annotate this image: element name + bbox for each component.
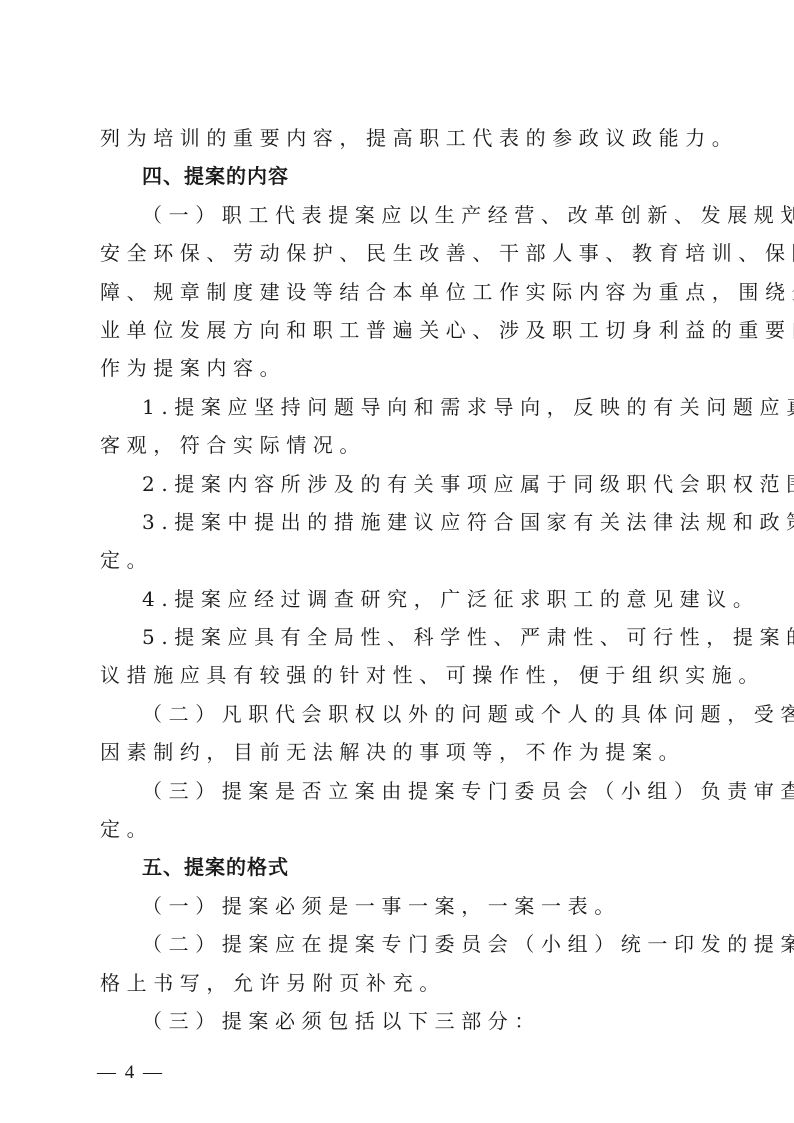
paragraph-line: （三）提案必须包括以下三部分： (100, 1002, 702, 1040)
page-number: — 4 — (97, 1062, 164, 1084)
paragraph-line: 定。 (100, 810, 702, 848)
list-item-5: 5.提案应具有全局性、科学性、严肃性、可行性，提案的建 (100, 618, 702, 656)
paragraph-line: 客观，符合实际情况。 (100, 426, 702, 464)
paragraph-line: 安全环保、劳动保护、民生改善、干部人事、教育培训、保险保 (100, 234, 702, 272)
paragraph-line: 格上书写，允许另附页补充。 (100, 964, 702, 1002)
paragraph-line: 列为培训的重要内容，提高职工代表的参政议政能力。 (100, 119, 702, 157)
paragraph-line: 作为提案内容。 (100, 349, 702, 387)
paragraph-line: （一）提案必须是一事一案，一案一表。 (100, 887, 702, 925)
section-heading-content: 四、提案的内容 (100, 157, 702, 195)
paragraph-line: 定。 (100, 541, 702, 579)
list-item-2: 2.提案内容所涉及的有关事项应属于同级职代会职权范围。 (100, 465, 702, 503)
paragraph-line: 障、规章制度建设等结合本单位工作实际内容为重点，围绕企事 (100, 273, 702, 311)
paragraph-line: （二）凡职代会职权以外的问题或个人的具体问题，受客观 (100, 695, 702, 733)
paragraph-line: 议措施应具有较强的针对性、可操作性，便于组织实施。 (100, 656, 702, 694)
list-item-4: 4.提案应经过调查研究，广泛征求职工的意见建议。 (100, 580, 702, 618)
document-body: 列为培训的重要内容，提高职工代表的参政议政能力。 四、提案的内容 （一）职工代表… (100, 119, 702, 1040)
paragraph-line: （一）职工代表提案应以生产经营、改革创新、发展规划、 (100, 196, 702, 234)
section-heading-format: 五、提案的格式 (100, 848, 702, 886)
paragraph-line: 业单位发展方向和职工普遍关心、涉及职工切身利益的重要问题 (100, 311, 702, 349)
paragraph-line: （二）提案应在提案专门委员会（小组）统一印发的提案表 (100, 925, 702, 963)
paragraph-line: 因素制约，目前无法解决的事项等，不作为提案。 (100, 733, 702, 771)
paragraph-line: （三）提案是否立案由提案专门委员会（小组）负责审查认 (100, 772, 702, 810)
list-item-3: 3.提案中提出的措施建议应符合国家有关法律法规和政策规 (100, 503, 702, 541)
list-item-1: 1.提案应坚持问题导向和需求导向，反映的有关问题应真实 (100, 388, 702, 426)
